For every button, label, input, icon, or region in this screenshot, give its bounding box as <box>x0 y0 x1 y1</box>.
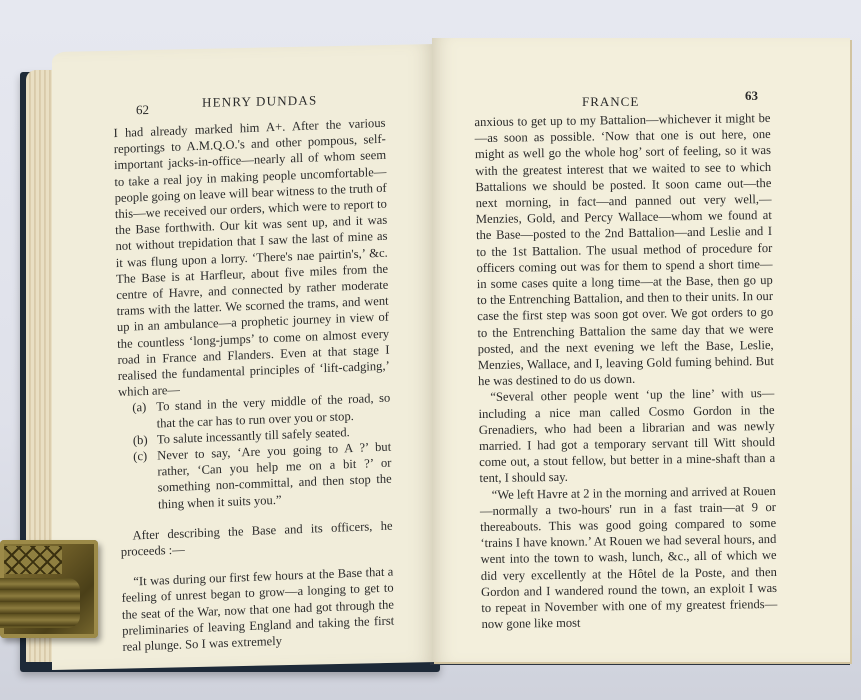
running-head: FRANCE <box>582 94 639 110</box>
paragraph: I had already marked him A+. After the v… <box>113 115 390 401</box>
page-number: 62 <box>136 102 149 118</box>
list-label: (a) <box>132 399 146 416</box>
list-text: Never to say, ‘Are you going to A ?’ but… <box>157 440 392 512</box>
right-page: FRANCE 63 anxious to get up to my Battal… <box>432 38 850 662</box>
page-text: anxious to get up to my Battalion—whiche… <box>474 110 777 633</box>
brass-page-holder <box>0 540 98 638</box>
brass-grip <box>0 578 80 628</box>
page-text: I had already marked him A+. After the v… <box>113 115 394 655</box>
paragraph: “We left Havre at 2 in the morning and a… <box>480 483 778 633</box>
list-item-c: (c) Never to say, ‘Are you going to A ?’… <box>119 439 392 514</box>
paragraph: After describing the Base and its office… <box>120 517 393 560</box>
quote-paragraph: “It was during our first few hours at th… <box>121 564 394 655</box>
lattice-pattern <box>4 546 62 574</box>
left-page: 62 HENRY DUNDAS I had already marked him… <box>52 44 436 670</box>
paragraph: anxious to get up to my Battalion—whiche… <box>474 110 774 390</box>
list-label: (b) <box>133 432 148 449</box>
page-number: 63 <box>745 88 758 104</box>
running-head: HENRY DUNDAS <box>202 92 317 110</box>
paragraph: “Several other people went ‘up the line’… <box>478 385 775 486</box>
list-label: (c) <box>133 448 147 465</box>
